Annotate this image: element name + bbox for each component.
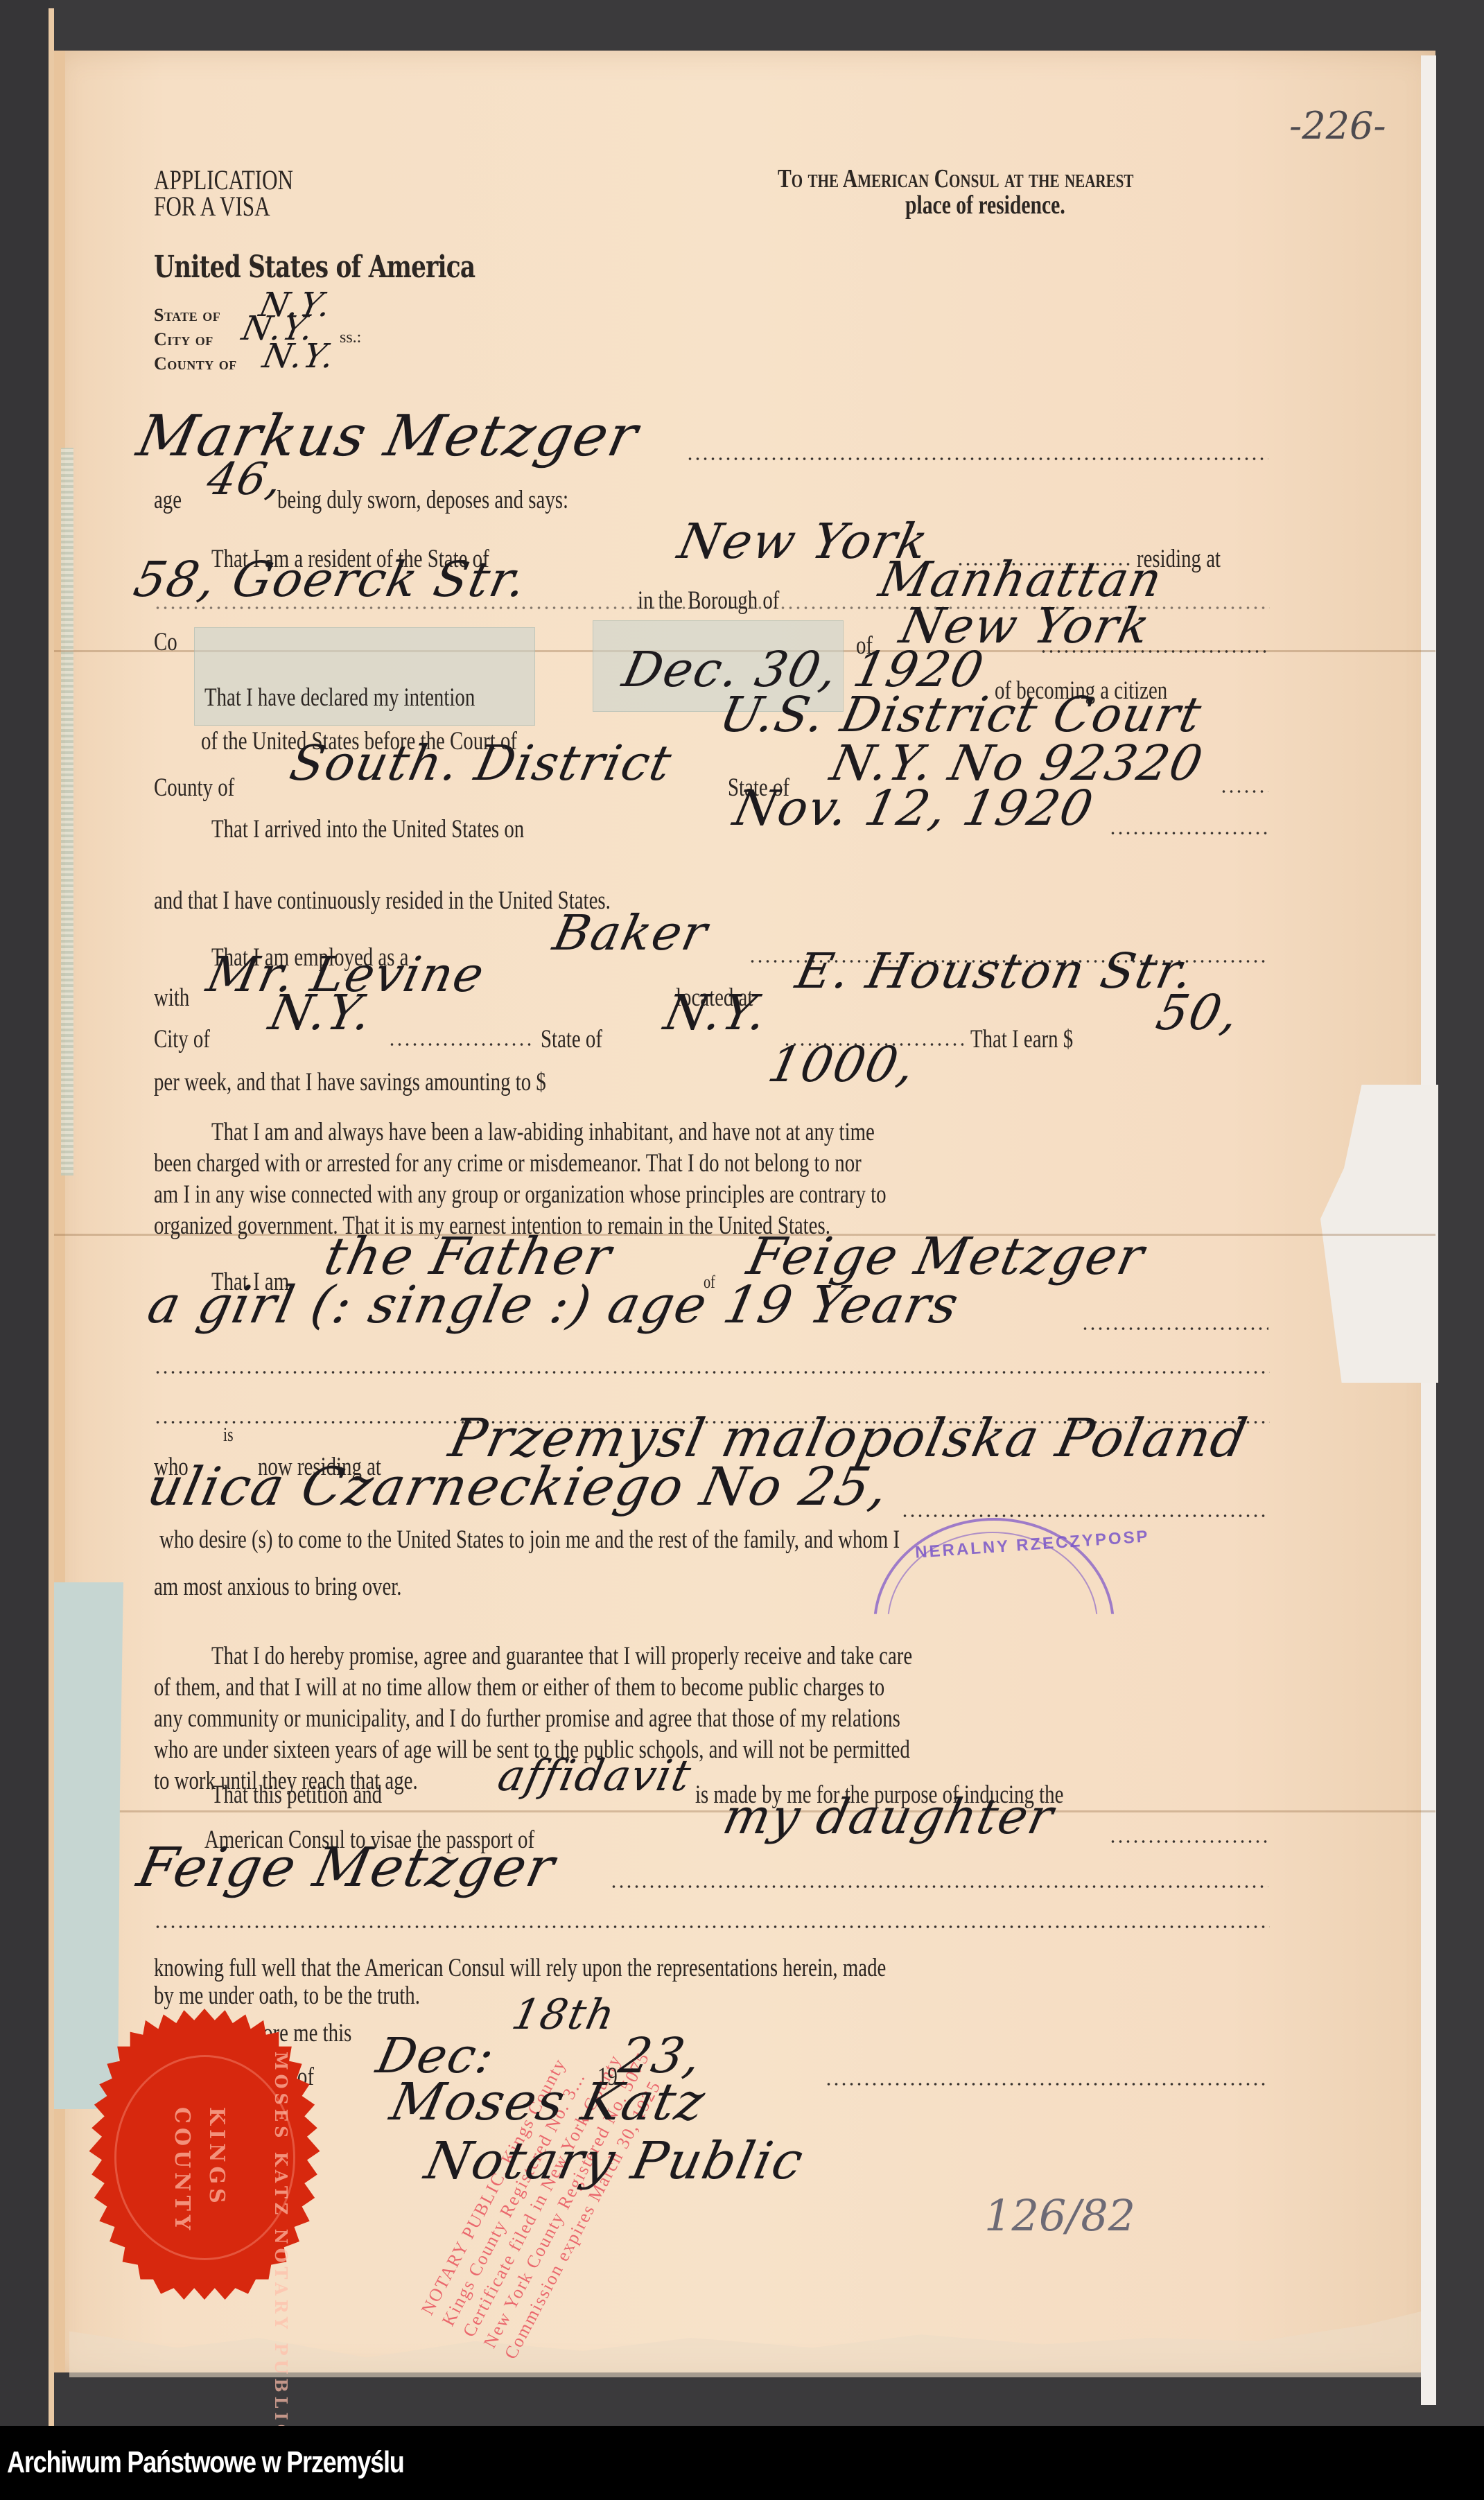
page-number: -226- — [1289, 104, 1386, 148]
dotted-line — [1220, 790, 1268, 793]
seal-outer-text: MOSES KATZ NOTARY PUBLIC — [271, 2052, 291, 2442]
anxious-line: am most anxious to bring over. — [154, 1572, 402, 1602]
dotted-line — [154, 1925, 1270, 1928]
archive-footer-bar: Archiwum Państwowe w Przemyślu — [0, 2426, 1484, 2500]
beneficiary-description: a girl (: single :) age 19 Years — [143, 1275, 965, 1335]
county-prefix-label: Co — [154, 627, 177, 657]
earn-label: That I earn $ — [970, 1024, 1073, 1054]
attached-blue-slip — [54, 1582, 123, 2109]
dotted-line — [388, 1043, 534, 1046]
savings-value: 1000, — [763, 1036, 921, 1093]
left-margin-tape — [61, 448, 73, 1175]
dotted-line — [1081, 1327, 1268, 1330]
ss-label: ss.: — [340, 329, 361, 347]
heading-united-states: United States of America — [154, 250, 475, 285]
residence-street: 58, Goerck Str. — [129, 551, 532, 608]
notary-signature: Moses Katz — [385, 2072, 711, 2132]
court-county: South. District — [285, 735, 677, 792]
promise-paragraph-line: of them, and that I will at no time allo… — [154, 1672, 884, 1702]
county-of-label: County of — [154, 353, 237, 374]
dotted-line — [1040, 650, 1268, 653]
borough-label: in the Borough of — [638, 586, 779, 615]
jurat-day: 18th — [508, 1991, 620, 2039]
notary-title: Notary Public — [420, 2131, 810, 2191]
age-value: 46, — [202, 454, 288, 505]
addressee-line2: place of residence. — [905, 190, 1065, 220]
occupation-value: Baker — [548, 904, 713, 961]
dotted-line — [1109, 1840, 1268, 1843]
desire-line: who desire (s) to come to the United Sta… — [159, 1525, 900, 1555]
arrival-date: Nov. 12, 1920 — [728, 780, 1099, 837]
knowing-line: knowing full well that the American Cons… — [154, 1953, 886, 1983]
state-of-label-3: State of — [541, 1024, 602, 1054]
law-paragraph-line: been charged with or arrested for any cr… — [154, 1148, 862, 1178]
mat-background-left — [0, 0, 50, 2426]
applicant-name: Markus Metzger — [132, 403, 645, 469]
passport-of-value: my daughter — [718, 1788, 1059, 1845]
beneficiary-residence-line2: ulica Czarneckiego No 25, — [143, 1456, 896, 1517]
promise-paragraph-line: any community or municipality, and I do … — [154, 1704, 900, 1733]
petition-label: That this petition and — [211, 1780, 382, 1810]
employer-location: E. Houston Str. — [791, 943, 1199, 999]
state-of-label: State of — [154, 305, 220, 326]
sworn-statement: being duly sworn, deposes and says: — [277, 485, 568, 515]
continuous-residence: and that I have continuously resided in … — [154, 886, 611, 916]
city-of-label: City of — [154, 329, 213, 350]
declared-intention-label: That I have declared my intention — [204, 683, 475, 713]
mat-backing-strip — [49, 8, 54, 2427]
is-label: is — [223, 1424, 234, 1446]
employment-state: N.Y. — [659, 984, 773, 1041]
petition-doc-type: affidavit — [494, 1750, 697, 1801]
employment-city: N.Y. — [264, 984, 378, 1041]
law-paragraph-line: That I am and always have been a law-abi… — [211, 1117, 875, 1147]
arrival-label: That I arrived into the United States on — [211, 814, 524, 844]
dotted-line — [901, 1514, 1268, 1517]
promise-paragraph-line: That I do hereby promise, agree and guar… — [211, 1641, 912, 1671]
signature-line — [825, 2083, 1268, 2086]
passport-beneficiary: Feige Metzger — [132, 1837, 561, 1899]
age-label: age — [154, 485, 182, 515]
under-oath-line: by me under oath, to be the truth. — [154, 1981, 420, 2011]
county-of-value: N.Y. — [259, 337, 339, 376]
form-title-line2: FOR A VISA — [154, 190, 270, 222]
with-label: with — [154, 983, 189, 1013]
law-paragraph-line: am I in any wise connected with any grou… — [154, 1180, 887, 1209]
dotted-line — [610, 1885, 1268, 1888]
dotted-line — [154, 1371, 1270, 1374]
seal-inner-text: KINGS — [204, 2107, 229, 2208]
archive-name: Archiwum Państwowe w Przemyślu — [7, 2445, 404, 2480]
dotted-line — [686, 457, 1268, 460]
seal-inner-text: COUNTY — [170, 2107, 194, 2234]
dotted-line — [1109, 832, 1268, 834]
earnings-value: 50, — [1151, 984, 1245, 1041]
city-of-label-3: City of — [154, 1024, 210, 1054]
county-of-label-2: County of — [154, 773, 234, 803]
pencil-reference-number: 126/82 — [984, 2190, 1135, 2241]
savings-label: per week, and that I have savings amount… — [154, 1067, 546, 1097]
